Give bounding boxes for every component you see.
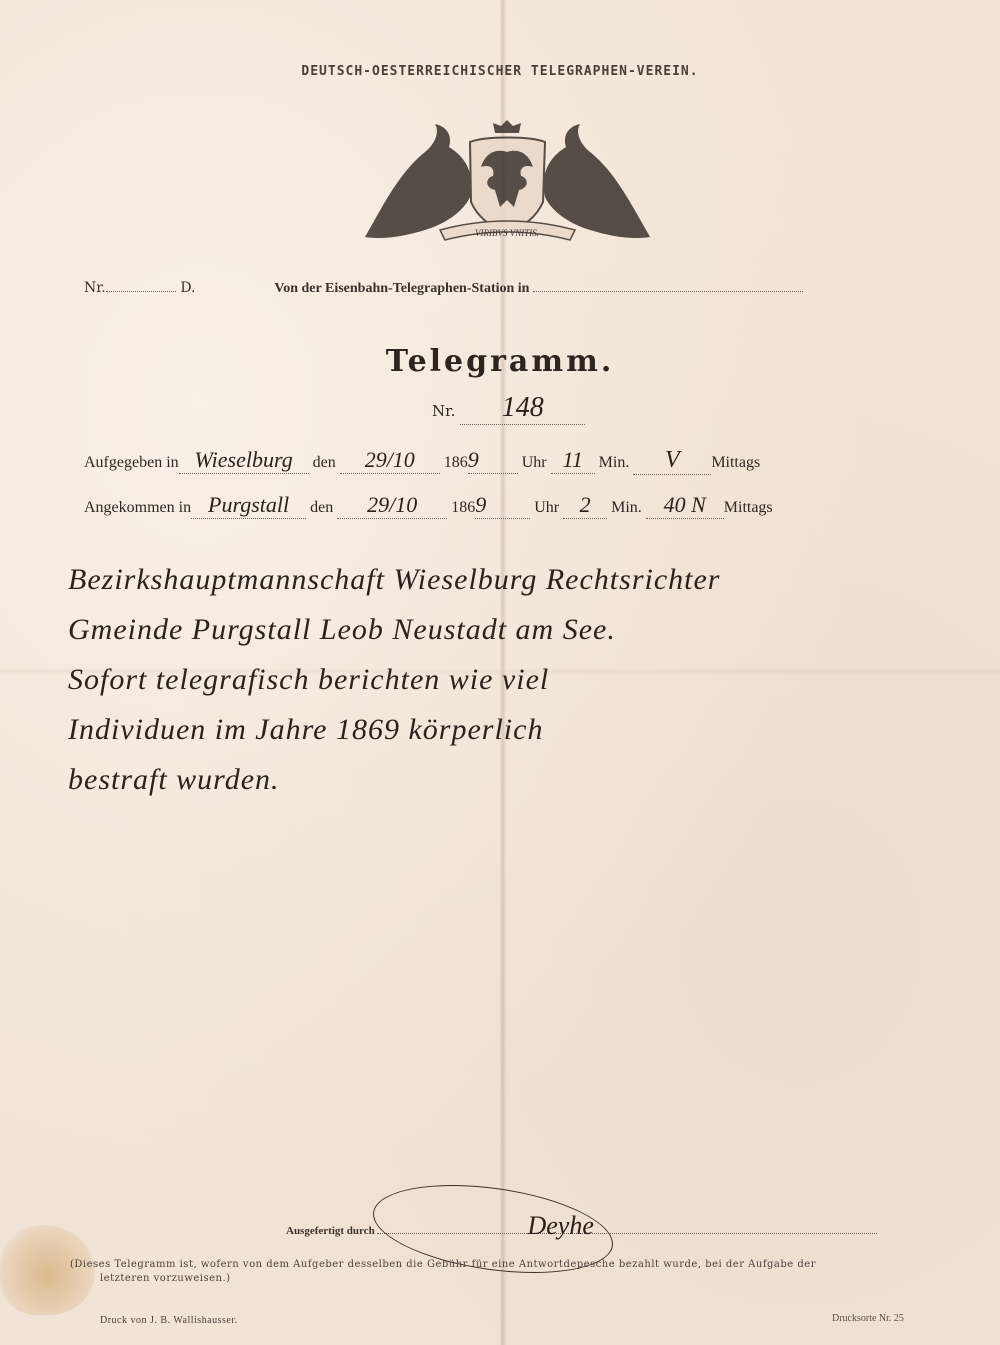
telegram-number-label: Nr. [432, 402, 455, 420]
nr-field [106, 291, 176, 292]
submitted-year-suffix: 9 [468, 447, 518, 474]
arrived-year-prefix: 186 [451, 499, 475, 516]
submitted-date: 29/10 [340, 447, 440, 474]
submitted-year-prefix: 186 [444, 454, 468, 471]
header-row: Nr. D. Von der Eisenbahn-Telegraphen-Sta… [84, 280, 803, 297]
submitted-uhr-label: Uhr [522, 454, 547, 471]
nr-label: Nr. [84, 280, 106, 296]
station-field [533, 291, 803, 292]
footnote-line-2: letzteren vorzuweisen.) [70, 1272, 950, 1286]
arrived-date: 29/10 [337, 492, 447, 519]
submitted-minutes: V [633, 447, 711, 475]
signature-row: Ausgefertigt durch Deyhe [286, 1225, 877, 1237]
message-body: Bezirkshauptmannschaft Wieselburg Rechts… [68, 555, 948, 805]
submitted-place: Wieselburg [179, 447, 309, 474]
arrived-hour: 2 [563, 492, 607, 519]
arrived-min-label: Min. [611, 499, 642, 516]
arrived-den-label: den [310, 499, 333, 516]
message-line: Individuen im Jahre 1869 körperlich [68, 705, 948, 755]
signature-field: Deyhe [377, 1233, 877, 1234]
arrived-year-suffix: 9 [475, 492, 530, 519]
printer-imprint: Druck von J. B. Wallishausser. [100, 1315, 238, 1326]
union-title: DEUTSCH-OESTERREICHISCHER TELEGRAPHEN-VE… [0, 64, 1000, 79]
arrived-place: Purgstall [191, 492, 306, 519]
message-line: Sofort telegrafisch berichten wie viel [68, 655, 948, 705]
submitted-mittags-label: Mittags [711, 454, 760, 471]
arrived-label: Angekommen in [84, 499, 191, 516]
message-line: Bezirkshauptmannschaft Wieselburg Rechts… [68, 555, 948, 605]
d-label: D. [180, 280, 195, 296]
footnote-line-1: (Dieses Telegramm ist, wofern von dem Au… [70, 1258, 950, 1272]
message-line: Gmeinde Purgstall Leob Neustadt am See. [68, 605, 948, 655]
station-label: Von der Eisenbahn-Telegraphen-Station in [274, 281, 529, 296]
print-form-number: Drucksorte Nr. 25 [832, 1313, 904, 1324]
arrived-mittags-label: Mittags [724, 499, 773, 516]
footnote: (Dieses Telegramm ist, wofern von dem Au… [70, 1258, 950, 1286]
telegram-number-value: 148 [460, 392, 585, 425]
arrived-row: Angekommen inPurgstall den 29/10 1869 Uh… [84, 492, 773, 519]
double-headed-eagle-crest-icon: VIRIBVS VNITIS. [345, 112, 670, 252]
arrived-uhr-label: Uhr [534, 499, 559, 516]
arrived-minutes: 40 N [646, 492, 724, 519]
submitted-min-label: Min. [599, 454, 630, 471]
submitted-hour: 11 [551, 447, 595, 474]
page-title: Telegramm. [0, 344, 1000, 379]
telegram-number: Nr. 148 [432, 392, 585, 425]
submitted-row: Aufgegeben inWieselburg den 29/10 1869 U… [84, 447, 760, 475]
submitted-label: Aufgegeben in [84, 454, 179, 471]
crest-motto: VIRIBVS VNITIS. [475, 228, 539, 238]
signature-label: Ausgefertigt durch [286, 1225, 375, 1237]
message-line: bestraft wurden. [68, 755, 948, 805]
signature-value: Deyhe [527, 1211, 593, 1241]
submitted-den-label: den [313, 454, 336, 471]
